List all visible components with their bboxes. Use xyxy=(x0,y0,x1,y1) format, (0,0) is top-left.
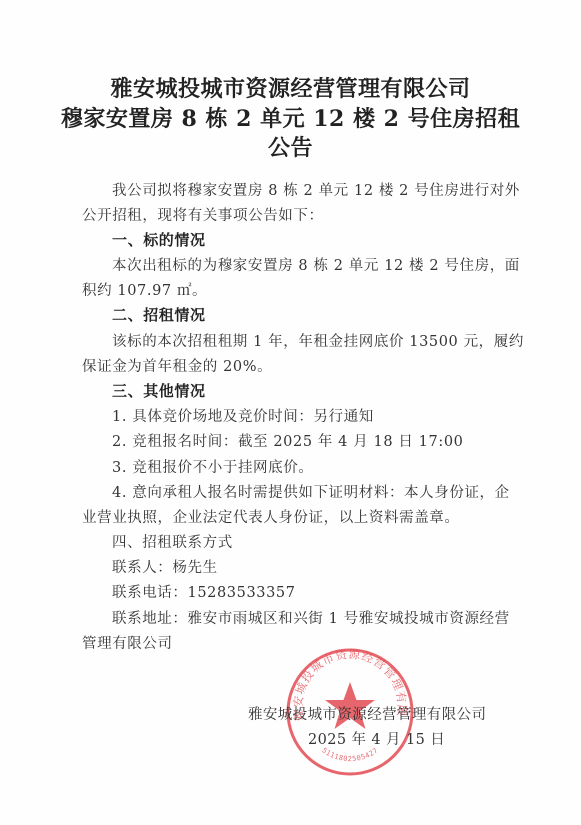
section3-item-2: 2. 竞租报名时间：截至 2025 年 4 月 18 日 17:00 xyxy=(112,430,463,451)
contact-phone: 联系电话：15283533357 xyxy=(112,581,296,602)
section1-line-1: 本次出租标的为穆家安置房 8 栋 2 单元 12 楼 2 号住房，面 xyxy=(112,254,520,275)
title-subject: 穆家安置房 8 栋 2 单元 12 楼 2 号住房招租 xyxy=(0,102,581,133)
contact-person: 联系人：杨先生 xyxy=(112,556,218,577)
intro-line-2: 公开招租，现将有关事项公告如下： xyxy=(82,204,324,225)
signature-company: 雅安城投城市资源经营管理有限公司 xyxy=(248,703,486,724)
section1-heading: 一、标的情况 xyxy=(112,229,206,250)
section2-line-1: 该标的本次招租租期 1 年，年租金挂网底价 13500 元，履约 xyxy=(112,330,524,351)
section4-heading: 四、招租联系方式 xyxy=(112,531,233,552)
intro-line-1: 我公司拟将穆家安置房 8 栋 2 单元 12 楼 2 号住房进行对外 xyxy=(112,179,520,200)
section2-heading: 二、招租情况 xyxy=(112,304,206,325)
title-company: 雅安城投城市资源经营管理有限公司 xyxy=(0,72,581,103)
contact-address-line-1: 联系地址：雅安市雨城区和兴街 1 号雅安城投城市资源经营 xyxy=(112,607,510,628)
section3-item-3: 3. 竞租报价不小于挂网底价。 xyxy=(112,456,313,477)
contact-address-line-2: 管理有限公司 xyxy=(82,632,173,653)
section3-item-4: 4. 意向承租人报名时需提供如下证明材料：本人身份证，企 xyxy=(112,481,510,502)
section3-item-4-cont: 业营业执照，企业法定代表人身份证，以上资料需盖章。 xyxy=(82,506,460,527)
title-notice: 公告 xyxy=(0,131,581,162)
document-page: 雅安城投城市资源经营管理有限公司 穆家安置房 8 栋 2 单元 12 楼 2 号… xyxy=(0,0,581,825)
section1-line-2: 积约 107.97 ㎡。 xyxy=(82,279,207,300)
section3-item-1: 1. 具体竞价场地及竞价时间：另行通知 xyxy=(112,405,374,426)
signature-date: 2025 年 4 月 15 日 xyxy=(308,728,445,749)
section3-heading: 三、其他情况 xyxy=(112,380,206,401)
section2-line-2: 保证金为首年租金的 20%。 xyxy=(82,355,272,376)
